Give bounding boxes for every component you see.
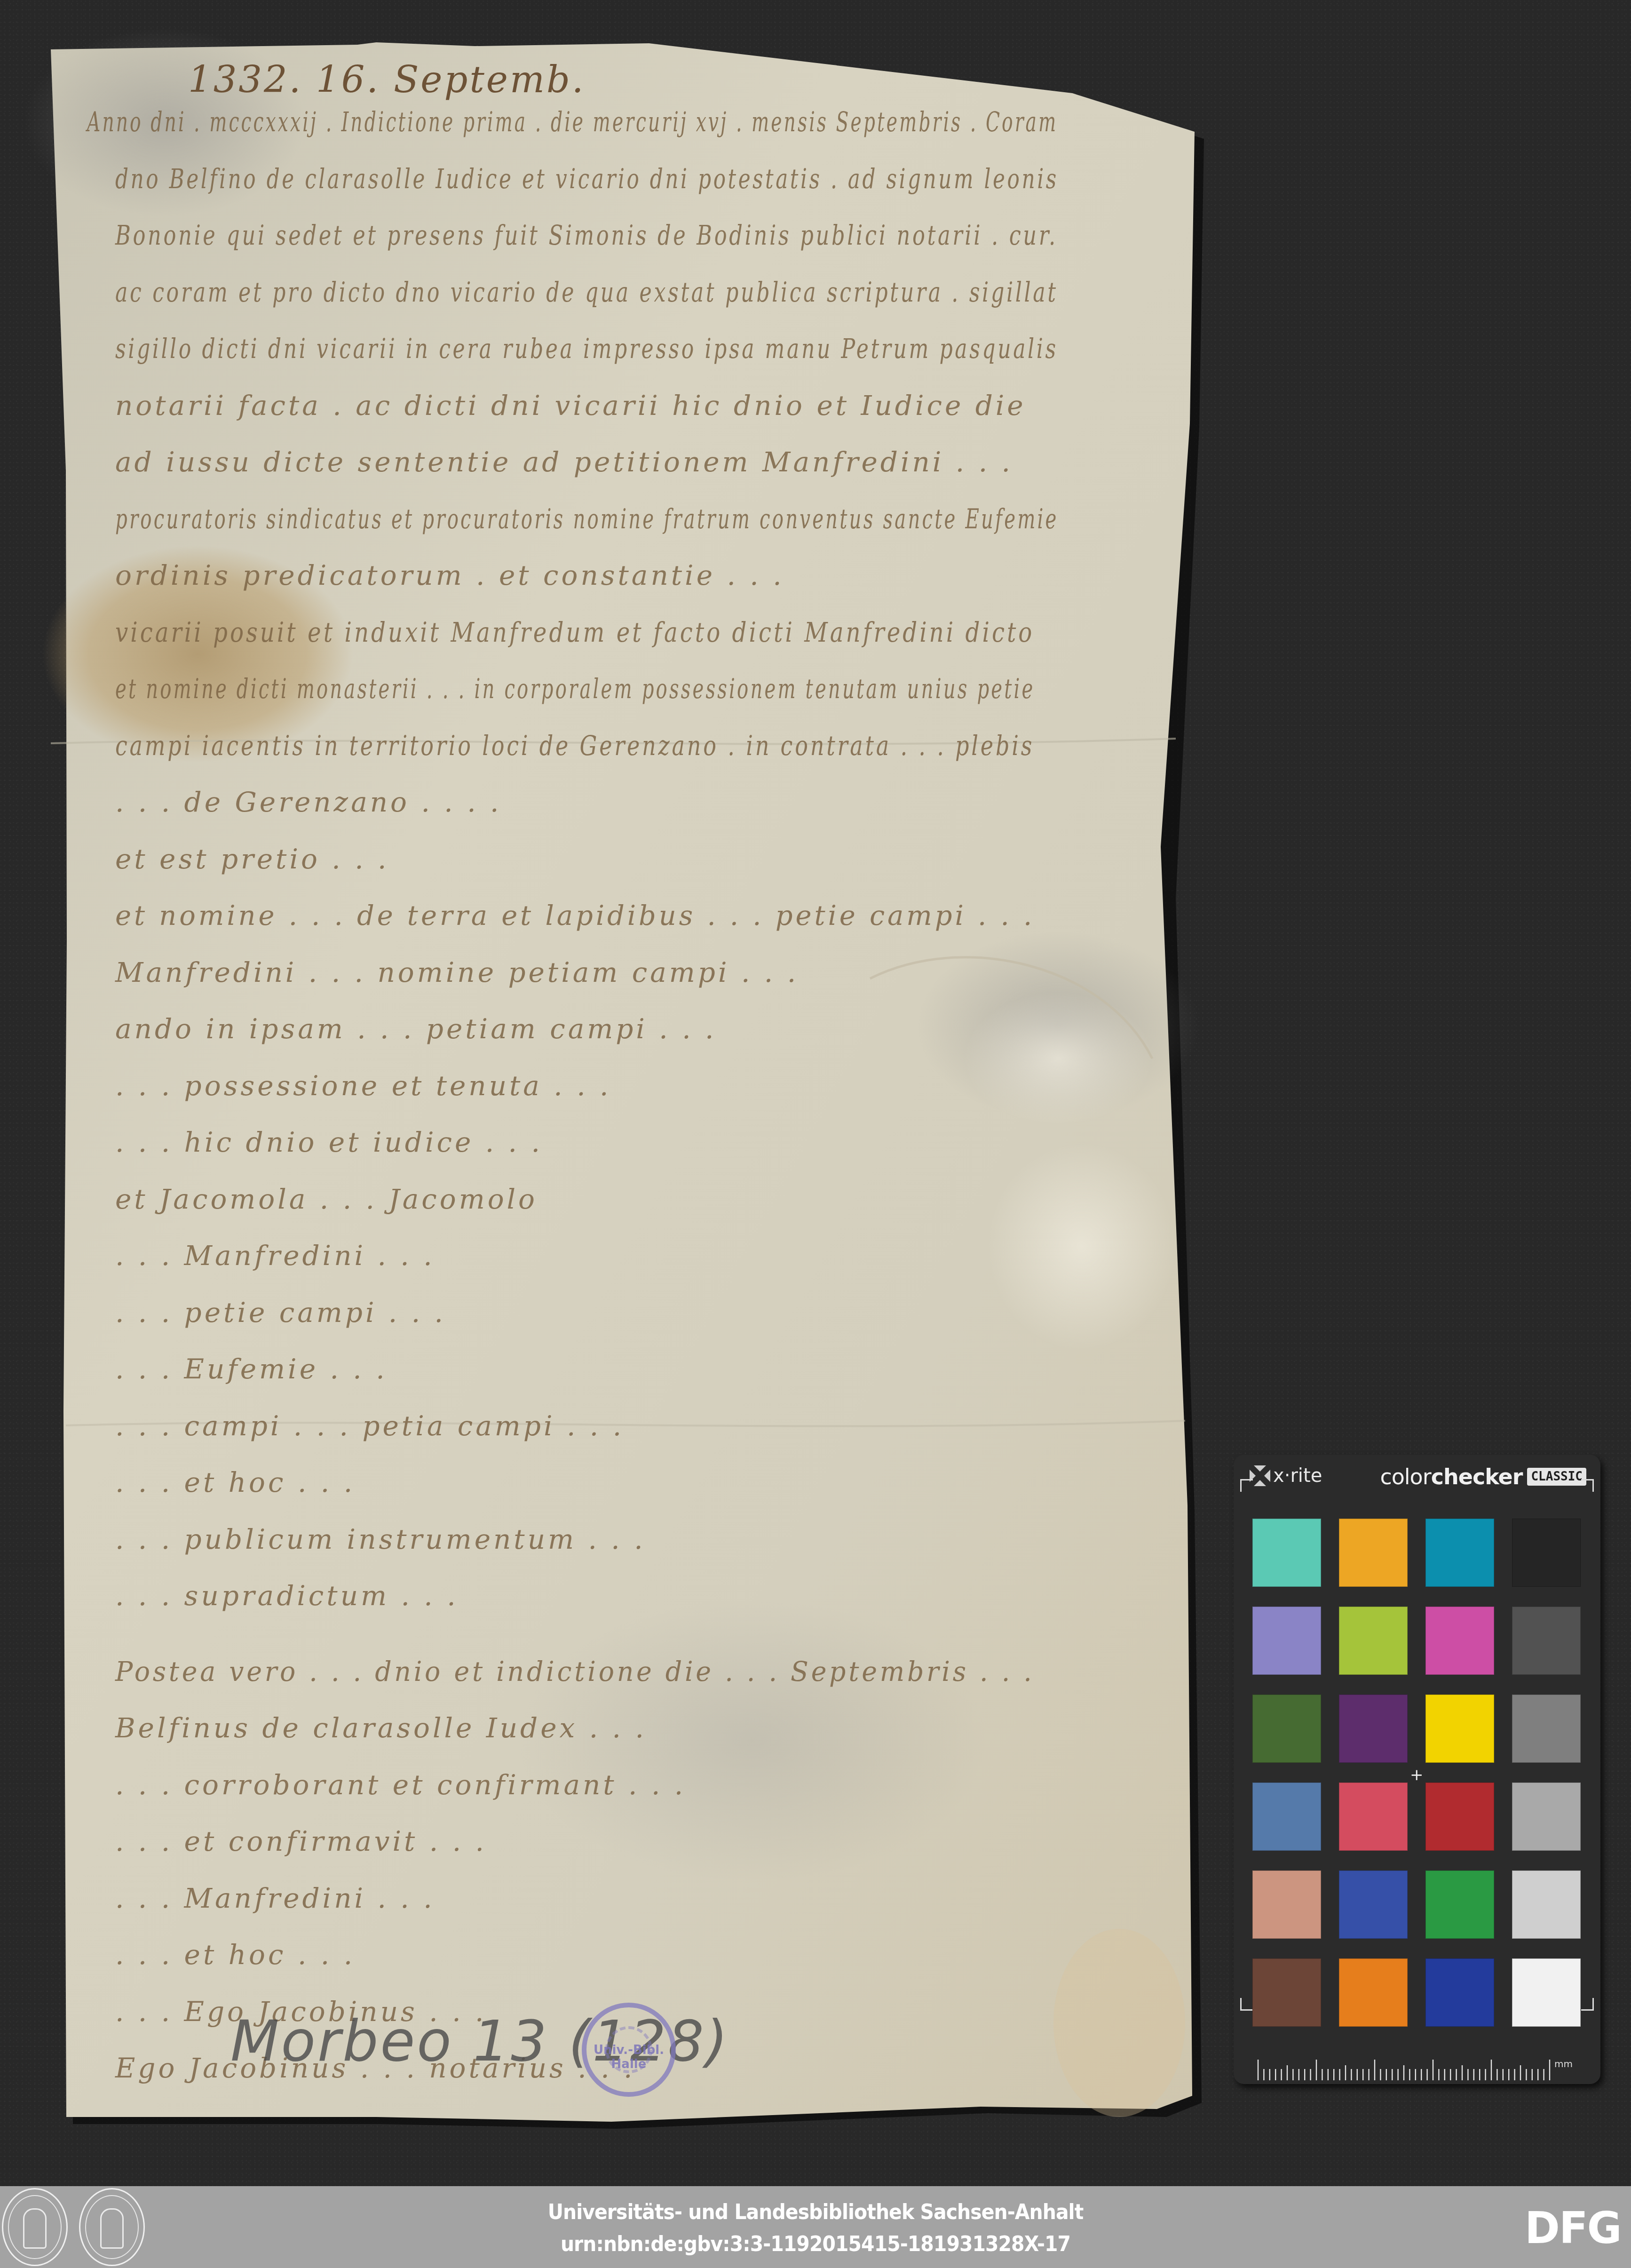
xrite-brand: x·rite — [1251, 1465, 1322, 1487]
color-patch — [1425, 1783, 1494, 1851]
manuscript-line: dno Belfino de clarasolle Iudice et vica… — [115, 163, 1059, 195]
color-patch — [1339, 1695, 1408, 1763]
manuscript-line: ordinis predicatorum . et constantie . .… — [115, 559, 784, 591]
color-patch — [1252, 1695, 1321, 1763]
color-patch — [1339, 1958, 1408, 2027]
color-patch — [1252, 1519, 1321, 1587]
mm-ruler — [1257, 2059, 1551, 2080]
manuscript-line: . . . de Gerenzano . . . . — [115, 786, 501, 818]
manuscript-line: . . . et hoc . . . — [115, 1939, 355, 1971]
date-annotation: 1332. 16. Septemb. — [188, 59, 586, 101]
color-patch — [1252, 1783, 1321, 1851]
color-patch — [1425, 1958, 1494, 2027]
manuscript-line: ac coram et pro dicto dno vicario de qua… — [115, 276, 1058, 308]
manuscript-line: campi iacentis in territorio loci de Ger… — [115, 730, 1034, 762]
manuscript-line: Manfredini . . . nomine petiam campi . .… — [115, 956, 799, 988]
color-patch — [1425, 1695, 1494, 1763]
ruler-unit: mm — [1554, 2058, 1573, 2069]
color-patch — [1252, 1958, 1321, 2027]
manuscript-line: . . . campi . . . petia campi . . . — [115, 1410, 624, 1442]
manuscript-line: . . . et hoc . . . — [115, 1466, 355, 1498]
manuscript-line: et est pretio . . . — [115, 843, 389, 875]
color-patch — [1512, 1783, 1581, 1851]
classic-badge: CLASSIC — [1527, 1468, 1586, 1486]
brand-name: x·rite — [1273, 1465, 1322, 1487]
manuscript-line: . . . supradictum . . . — [115, 1580, 459, 1612]
color-checker-card: x·rite colorchecker CLASSIC + mm — [1234, 1455, 1600, 2084]
color-patch — [1339, 1870, 1408, 1939]
manuscript-line: . . . corroborant et confirmant . . . — [115, 1769, 686, 1801]
manuscript-line: . . . Manfredini . . . — [115, 1882, 435, 1914]
color-patch — [1339, 1519, 1408, 1587]
product-name: colorchecker CLASSIC — [1380, 1464, 1586, 1489]
manuscript-line: Belfinus de clarasolle Iudex . . . — [115, 1712, 647, 1744]
color-patch — [1339, 1607, 1408, 1675]
manuscript-line: notarii facta . ac dicti dni vicarii hic… — [115, 390, 1026, 422]
color-patch — [1252, 1607, 1321, 1675]
crop-mark-icon — [1240, 1479, 1253, 1492]
center-crosshair-icon: + — [1410, 1767, 1424, 1783]
urn-identifier[interactable]: urn:nbn:de:gbv:3:3-1192015415-181931328X… — [57, 2232, 1574, 2256]
manuscript-line: ad iussu dicte sententie ad petitionem M… — [115, 446, 1013, 478]
manuscript-line: . . . possessione et tenuta . . . — [115, 1070, 611, 1102]
color-patch — [1425, 1870, 1494, 1939]
color-patch — [1512, 1870, 1581, 1939]
manuscript-line: vicarii posuit et induxit Manfredum et f… — [115, 616, 1034, 648]
color-patch — [1512, 1519, 1581, 1587]
color-patch — [1425, 1607, 1494, 1675]
crop-mark-icon — [1581, 1479, 1594, 1492]
manuscript-line: sigillo dicti dni vicarii in cera rubea … — [115, 333, 1058, 365]
color-patch — [1339, 1783, 1408, 1851]
color-patch — [1425, 1519, 1494, 1587]
color-patch — [1512, 1958, 1581, 2027]
manuscript-line: Anno dni . mcccxxxij . Indictione prima … — [87, 106, 1058, 138]
manuscript-line: et nomine dicti monasterii . . . in corp… — [115, 673, 1035, 705]
product-name-light: color — [1380, 1464, 1431, 1489]
manuscript-line: et Jacomola . . . Jacomolo — [115, 1183, 538, 1215]
manuscript-line: . . . petie campi . . . — [115, 1297, 446, 1329]
library-stamp-icon: Univ.-Bibl. Halle — [582, 2003, 676, 2097]
color-patch — [1512, 1695, 1581, 1763]
color-patch — [1252, 1870, 1321, 1939]
manuscript-line: . . . publicum instrumentum . . . — [115, 1523, 646, 1555]
manuscript-line: . . . hic dnio et iudice . . . — [115, 1126, 543, 1158]
manuscript-line: procuratoris sindicatus et procuratoris … — [115, 503, 1059, 535]
manuscript-line: et nomine . . . de terra et lapidibus . … — [115, 899, 1035, 931]
crop-mark-icon — [1581, 1998, 1594, 2011]
dfg-logo: DFG — [1525, 2207, 1621, 2250]
color-patch — [1512, 1607, 1581, 1675]
manuscript-line: ando in ipsam . . . petiam campi . . . — [115, 1013, 717, 1045]
manuscript-line: . . . et confirmavit . . . — [115, 1825, 487, 1857]
stamp-label: Univ.-Bibl. Halle — [586, 2043, 671, 2071]
manuscript-line: Bononie qui sedet et presens fuit Simoni… — [115, 219, 1058, 251]
manuscript-line: . . . Manfredini . . . — [115, 1240, 435, 1272]
library-footer: Universitäts- und Landesbibliothek Sachs… — [0, 2186, 1631, 2268]
crop-mark-icon — [1240, 1998, 1253, 2011]
institution-name: Universitäts- und Landesbibliothek Sachs… — [57, 2200, 1574, 2224]
manuscript-line: . . . Eufemie . . . — [115, 1353, 388, 1385]
xrite-logo-icon — [1251, 1467, 1268, 1484]
product-name-bold: checker — [1431, 1464, 1523, 1489]
manuscript-line: Postea vero . . . dnio et indictione die… — [115, 1655, 1035, 1687]
